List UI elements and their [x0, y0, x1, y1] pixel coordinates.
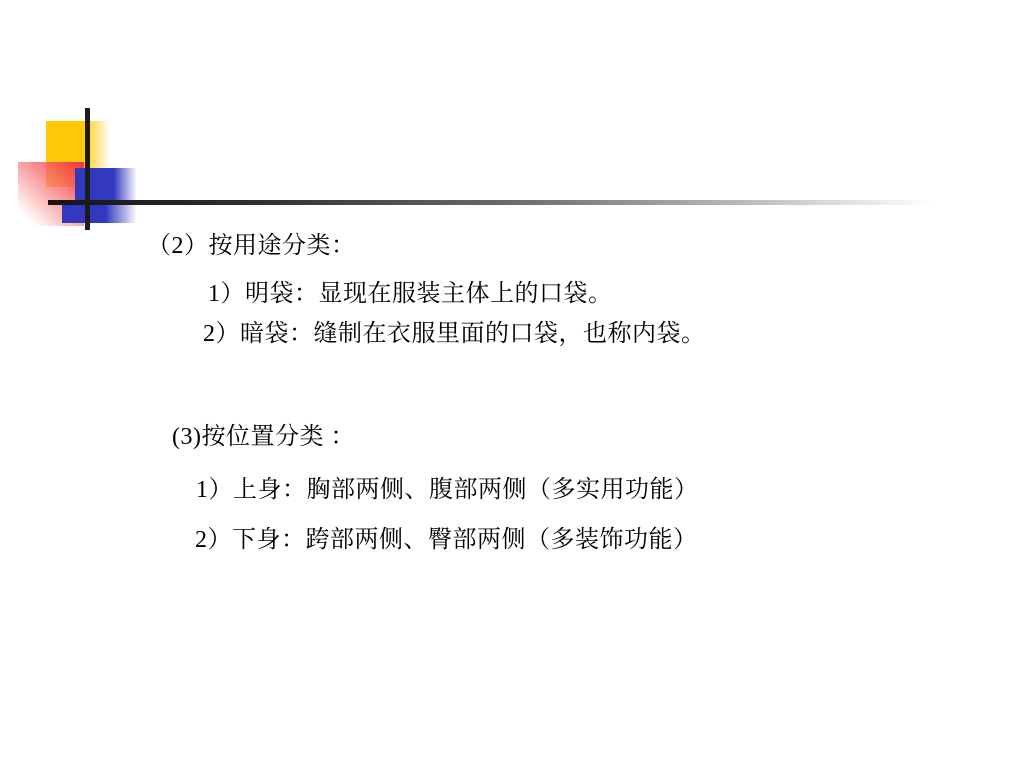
- section-use-item-1: 1）明袋：显现在服装主体上的口袋。: [208, 281, 613, 307]
- decoration-blue-square-lower: [62, 205, 137, 223]
- section-use-heading: （2）按用途分类：: [147, 233, 356, 259]
- decoration-vertical-line: [85, 108, 90, 230]
- decoration-horizontal-rule: [48, 200, 960, 205]
- section-position-item-2: 2）下身：跨部两侧、臀部两侧（多装饰功能）: [195, 527, 698, 553]
- section-position-item-1: 1）上身：胸部两侧、腹部两侧（多实用功能）: [196, 477, 699, 503]
- section-use-item-2: 2）暗袋：缝制在衣服里面的口袋，也称内袋。: [203, 321, 706, 347]
- section-position-heading: (3)按位置分类 ：: [172, 424, 355, 450]
- presentation-slide: （2）按用途分类： 1）明袋：显现在服装主体上的口袋。 2）暗袋：缝制在衣服里面…: [0, 0, 1024, 768]
